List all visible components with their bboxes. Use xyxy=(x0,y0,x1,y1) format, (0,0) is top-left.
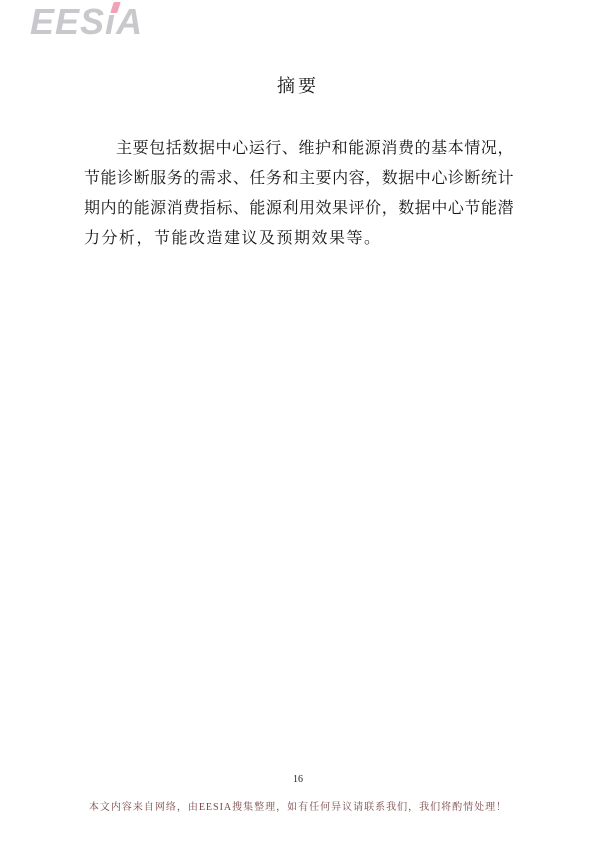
page-number: 16 xyxy=(0,774,596,785)
eesia-logo: EESıA xyxy=(30,2,143,42)
logo-letter-i: ı xyxy=(105,2,116,42)
document-page: { "logo": { "part1": "EES", "part2": "\u… xyxy=(0,0,596,842)
paragraph-line: 力分析，节能改造建议及预期效果等。 xyxy=(84,224,514,254)
abstract-paragraph: 主要包括数据中心运行、维护和能源消费的基本情况， 节能诊断服务的需求、任务和主要… xyxy=(84,134,514,254)
page-title: 摘要 xyxy=(0,72,596,98)
paragraph-line: 主要包括数据中心运行、维护和能源消费的基本情况， xyxy=(84,134,514,164)
logo-text-right: A xyxy=(116,1,143,42)
footer-disclaimer: 本文内容来自网络，由EESIA搜集整理，如有任何异议请联系我们，我们将酌情处理！ xyxy=(0,798,596,813)
paragraph-line: 节能诊断服务的需求、任务和主要内容，数据中心诊断统计 xyxy=(84,164,514,194)
paragraph-line: 期内的能源消费指标、能源利用效果评价，数据中心节能潜 xyxy=(84,194,514,224)
logo-text-left: EES xyxy=(30,1,105,42)
